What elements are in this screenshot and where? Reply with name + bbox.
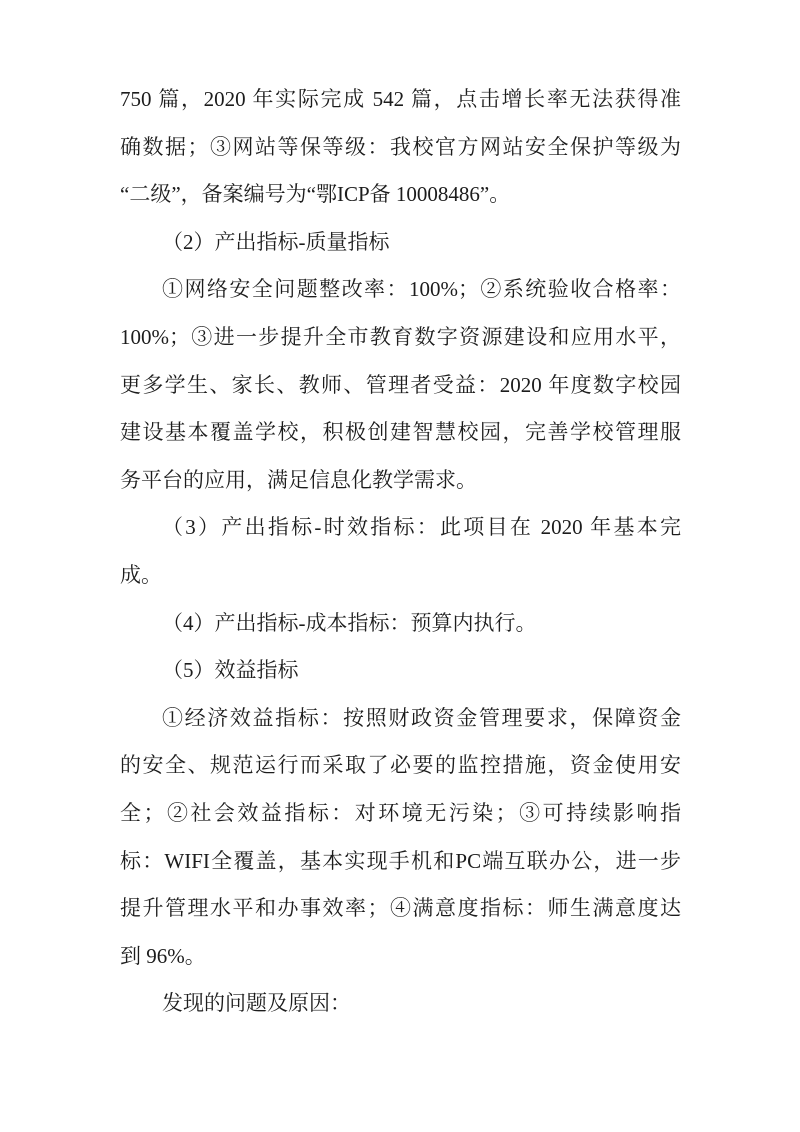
text-line: “二级”，备案编号为“鄂ICP备 10008486”。 [120, 171, 681, 219]
document-page: 750 篇，2020 年实际完成 542 篇，点击增长率无法获得准确数据；③网站… [0, 0, 800, 1132]
text-block: 750 篇，2020 年实际完成 542 篇，点击增长率无法获得准确数据；③网站… [120, 76, 681, 1028]
paragraph: （2）产出指标-质量指标 [120, 219, 681, 267]
text-line: 更多学生、家长、教师、管理者受益：2020 年度数字校园 [120, 362, 681, 410]
text-line: ①网络安全问题整改率：100%；②系统验收合格率： [120, 266, 681, 314]
paragraph: ①经济效益指标：按照财政资金管理要求，保障资金的安全、规范运行而采取了必要的监控… [120, 695, 681, 981]
paragraph: （3）产出指标-时效指标：此项目在 2020 年基本完成。 [120, 504, 681, 599]
text-line: 确数据；③网站等保等级：我校官方网站安全保护等级为 [120, 124, 681, 172]
text-line: 成。 [120, 552, 681, 600]
text-line: （3）产出指标-时效指标：此项目在 2020 年基本完 [120, 504, 681, 552]
text-line: 提升管理水平和办事效率；④满意度指标：师生满意度达 [120, 885, 681, 933]
text-line: （5）效益指标 [120, 647, 681, 695]
text-line: （2）产出指标-质量指标 [120, 219, 681, 267]
text-line: ①经济效益指标：按照财政资金管理要求，保障资金 [120, 695, 681, 743]
text-line: 750 篇，2020 年实际完成 542 篇，点击增长率无法获得准 [120, 76, 681, 124]
paragraph: ①网络安全问题整改率：100%；②系统验收合格率：100%；③进一步提升全市教育… [120, 266, 681, 504]
text-line: 的安全、规范运行而采取了必要的监控措施，资金使用安 [120, 742, 681, 790]
text-line: 建设基本覆盖学校，积极创建智慧校园，完善学校管理服 [120, 409, 681, 457]
paragraph: （5）效益指标 [120, 647, 681, 695]
paragraph: （4）产出指标-成本指标：预算内执行。 [120, 600, 681, 648]
text-line: 发现的问题及原因： [120, 980, 681, 1028]
text-line: 全；②社会效益指标：对环境无污染；③可持续影响指 [120, 790, 681, 838]
text-line: 到 96%。 [120, 933, 681, 981]
text-line: 100%；③进一步提升全市教育数字资源建设和应用水平， [120, 314, 681, 362]
paragraph: 750 篇，2020 年实际完成 542 篇，点击增长率无法获得准确数据；③网站… [120, 76, 681, 219]
text-line: 务平台的应用，满足信息化教学需求。 [120, 457, 681, 505]
text-line: （4）产出指标-成本指标：预算内执行。 [120, 600, 681, 648]
text-line: 标：WIFI全覆盖，基本实现手机和PC端互联办公，进一步 [120, 838, 681, 886]
paragraph: 发现的问题及原因： [120, 980, 681, 1028]
